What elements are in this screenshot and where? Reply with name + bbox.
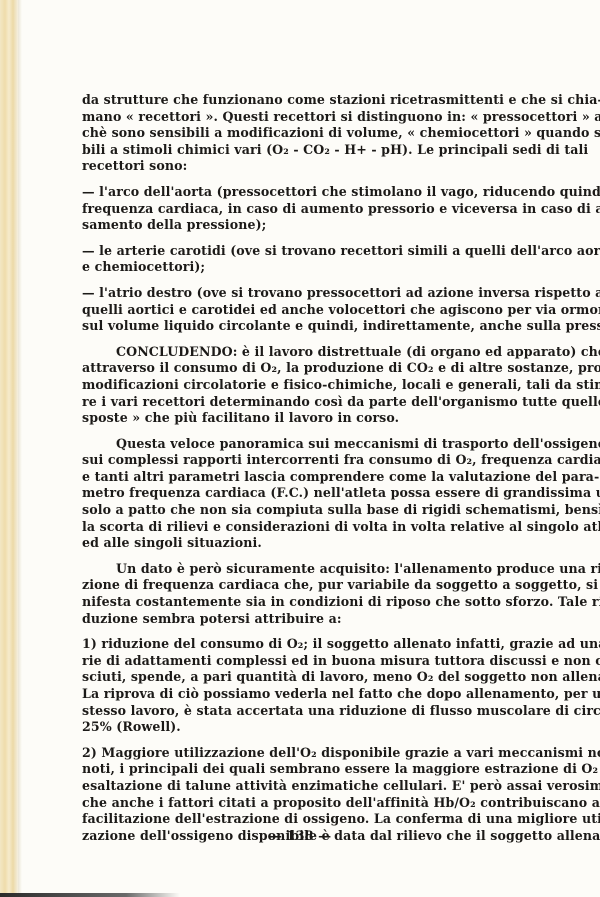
list-item-carotid-arteries: — le arterie carotidi (ove si trovano re… bbox=[82, 243, 540, 276]
text-line: — l'atrio destro (ove si trovano pressoc… bbox=[82, 285, 540, 302]
text-line: duzione sembra potersi attribuire a: bbox=[82, 611, 540, 628]
text-line: samento della pressione); bbox=[82, 217, 540, 234]
text-line: 1) riduzione del consumo di O₂; il sogge… bbox=[82, 636, 540, 653]
text-line: e tanti altri parametri lascia comprende… bbox=[82, 469, 540, 486]
text-line: facilitazione dell'estrazione di ossigen… bbox=[82, 811, 540, 828]
text-line: — le arterie carotidi (ove si trovano re… bbox=[82, 243, 540, 260]
list-item-aortic-arch: — l'arco dell'aorta (pressocettori che s… bbox=[82, 184, 540, 234]
paragraph-dato-acquisito: Un dato è però sicuramente acquisito: l'… bbox=[82, 561, 540, 627]
text-line: mano « recettori ». Questi recettori si … bbox=[82, 109, 540, 126]
text-line: rie di adattamenti complessi ed in buona… bbox=[82, 653, 540, 670]
text-line: sciuti, spende, a pari quantità di lavor… bbox=[82, 669, 540, 686]
paragraph-panoramica: Questa veloce panoramica sui meccanismi … bbox=[82, 436, 540, 552]
text-line: CONCLUDENDO: è il lavoro distrettuale (d… bbox=[82, 344, 540, 361]
text-line: e chemiocettori); bbox=[82, 259, 540, 276]
text-line: frequenza cardiaca, in caso di aumento p… bbox=[82, 201, 540, 218]
text-line: bili a stimoli chimici vari (O₂ - CO₂ - … bbox=[82, 142, 540, 159]
text-line: sposte » che più facilitano il lavoro in… bbox=[82, 410, 540, 427]
text-line: quelli aortici e carotidei ed anche volo… bbox=[82, 302, 540, 319]
text-line: noti, i principali dei quali sembrano es… bbox=[82, 761, 540, 778]
text-line: re i vari recettori determinando così da… bbox=[82, 394, 540, 411]
text-line: la scorta di rilievi e considerazioni di… bbox=[82, 519, 540, 536]
scan-edge-shadow bbox=[0, 893, 180, 897]
text-line: sul volume liquido circolante e quindi, … bbox=[82, 318, 540, 335]
book-binding-edge bbox=[0, 0, 18, 897]
text-line: 25% (Rowell). bbox=[82, 719, 540, 736]
text-line: sui complessi rapporti intercorrenti fra… bbox=[82, 452, 540, 469]
text-line: esaltazione di talune attività enzimatic… bbox=[82, 778, 540, 795]
text-line: che anche i fattori citati a proposito d… bbox=[82, 795, 540, 812]
text-line: stesso lavoro, è stata accertata una rid… bbox=[82, 703, 540, 720]
text-line: metro frequenza cardiaca (F.C.) nell'atl… bbox=[82, 485, 540, 502]
binding-shadow bbox=[18, 0, 22, 897]
text-line: ed alle singoli situazioni. bbox=[82, 535, 540, 552]
page-body: da strutture che funzionano come stazion… bbox=[82, 92, 540, 844]
text-line: nifesta costantemente sia in condizioni … bbox=[82, 594, 540, 611]
text-line: solo a patto che non sia compiuta sulla … bbox=[82, 502, 540, 519]
text-line: da strutture che funzionano come stazion… bbox=[82, 92, 540, 109]
text-line: La riprova di ciò possiamo vederla nel f… bbox=[82, 686, 540, 703]
text-line: zione di frequenza cardiaca che, pur var… bbox=[82, 577, 540, 594]
text-line: 2) Maggiore utilizzazione dell'O₂ dispon… bbox=[82, 745, 540, 762]
text-line: modificazioni circolatorie e fisico-chim… bbox=[82, 377, 540, 394]
paragraph-receptors-intro: da strutture che funzionano come stazion… bbox=[82, 92, 540, 175]
text-line: Un dato è però sicuramente acquisito: l'… bbox=[82, 561, 540, 578]
text-line: chè sono sensibili a modificazioni di vo… bbox=[82, 125, 540, 142]
text-line: — l'arco dell'aorta (pressocettori che s… bbox=[82, 184, 540, 201]
text-line: attraverso il consumo di O₂, la produzio… bbox=[82, 360, 540, 377]
paragraph-concludendo: CONCLUDENDO: è il lavoro distrettuale (d… bbox=[82, 344, 540, 427]
list-item-right-atrium: — l'atrio destro (ove si trovano pressoc… bbox=[82, 285, 540, 335]
list-item-1-oxygen-consumption: 1) riduzione del consumo di O₂; il sogge… bbox=[82, 636, 540, 736]
page-number: — 138 — bbox=[0, 829, 600, 844]
text-line: recettori sono: bbox=[82, 158, 540, 175]
text-line: Questa veloce panoramica sui meccanismi … bbox=[82, 436, 540, 453]
